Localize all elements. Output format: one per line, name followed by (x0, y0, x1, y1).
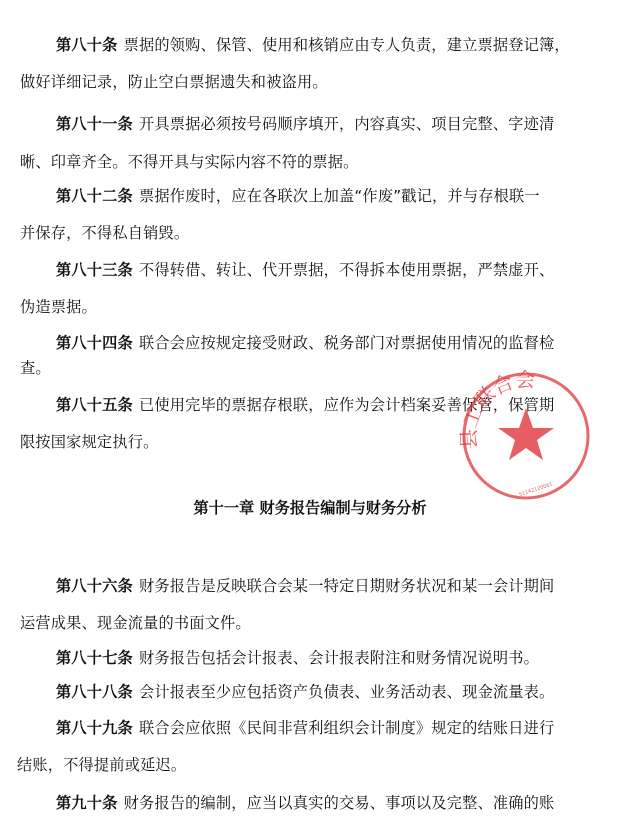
article-83-line-1: 第八十三条不得转借、转让、代开票据，不得拆本使用票据，严禁虚开、 (56, 259, 554, 280)
article-number: 第八十六条 (56, 577, 133, 595)
article-86-line-2: 运营成果、现金流量的书面文件。 (20, 612, 251, 633)
article-82-line-1: 第八十二条票据作废时，应在各联次上加盖“作废”戳记，并与存根联一 (56, 185, 540, 206)
article-text: 已使用完毕的票据存根联，应作为会计档案妥善保管，保管期 (139, 396, 554, 414)
svg-text:51142120061: 51142120061 (518, 481, 553, 498)
article-text: 财务报告包括会计报表、会计报表附注和财务情况说明书。 (139, 649, 539, 667)
article-85-line-2: 限按国家规定执行。 (20, 431, 159, 452)
article-82-line-2: 并保存，不得私自销毁。 (20, 222, 189, 243)
article-number: 第八十八条 (56, 683, 133, 701)
article-number: 第八十七条 (56, 649, 133, 667)
article-text: 票据作废时，应在各联次上加盖“作废”戳记，并与存根联一 (139, 187, 540, 205)
article-80-line-2: 做好详细记录，防止空白票据遗失和被盗用。 (20, 71, 328, 92)
article-text: 票据的领购、保管、使用和核销应由专人负责，建立票据登记簿， (124, 36, 570, 54)
article-81-line-1: 第八十一条开具票据必须按号码顺序填开，内容真实、项目完整、字迹清 (56, 113, 554, 134)
article-text: 财务报告是反映联合会某一特定日期财务状况和某一会计期间 (139, 577, 554, 595)
article-81-line-2: 晰、印章齐全。不得开具与实际内容不符的票据。 (20, 151, 359, 172)
article-number: 第八十条 (56, 36, 118, 54)
article-84-line-1: 第八十四条联合会应按规定接受财政、税务部门对票据使用情况的监督检 (56, 332, 554, 353)
article-89-line-1: 第八十九条联合会应依照《民间非营利组织会计制度》规定的结账日进行 (56, 717, 554, 738)
article-text: 会计报表至少应包括资产负债表、业务活动表、现金流量表。 (139, 683, 554, 701)
article-80-line-1: 第八十条票据的领购、保管、使用和核销应由专人负责，建立票据登记簿， (56, 34, 570, 55)
article-87-line-1: 第八十七条财务报告包括会计报表、会计报表附注和财务情况说明书。 (56, 647, 539, 668)
article-90-line-1: 第九十条财务报告的编制，应当以真实的交易、事项以及完整、准确的账 (56, 792, 554, 813)
article-text: 联合会应依照《民间非营利组织会计制度》规定的结账日进行 (139, 719, 554, 737)
article-number: 第八十三条 (56, 261, 133, 279)
document-page: 第八十条票据的领购、保管、使用和核销应由专人负责，建立票据登记簿， 做好详细记录… (0, 0, 620, 832)
chapter-heading: 第十一章 财务报告编制与财务分析 (0, 497, 620, 518)
article-number: 第九十条 (56, 794, 118, 812)
article-text: 开具票据必须按号码顺序填开，内容真实、项目完整、字迹清 (139, 115, 554, 133)
article-number: 第八十五条 (56, 396, 133, 414)
official-seal-stamp-icon: 县工联合会 51142120061 (458, 368, 594, 504)
article-85-line-1: 第八十五条已使用完毕的票据存根联，应作为会计档案妥善保管，保管期 (56, 394, 554, 415)
article-86-line-1: 第八十六条财务报告是反映联合会某一特定日期财务状况和某一会计期间 (56, 575, 554, 596)
article-text: 财务报告的编制，应当以真实的交易、事项以及完整、准确的账 (124, 794, 555, 812)
article-number: 第八十四条 (56, 334, 133, 352)
article-number: 第八十二条 (56, 187, 133, 205)
article-89-line-2: 结账，不得提前或延迟。 (17, 754, 186, 775)
article-number: 第八十一条 (56, 115, 133, 133)
article-text: 联合会应按规定接受财政、税务部门对票据使用情况的监督检 (139, 334, 554, 352)
article-83-line-2: 伪造票据。 (20, 296, 97, 317)
article-text: 不得转借、转让、代开票据，不得拆本使用票据，严禁虚开、 (139, 261, 554, 279)
article-number: 第八十九条 (56, 719, 133, 737)
article-88-line-1: 第八十八条会计报表至少应包括资产负债表、业务活动表、现金流量表。 (56, 681, 554, 702)
article-84-line-2: 查。 (20, 357, 51, 378)
